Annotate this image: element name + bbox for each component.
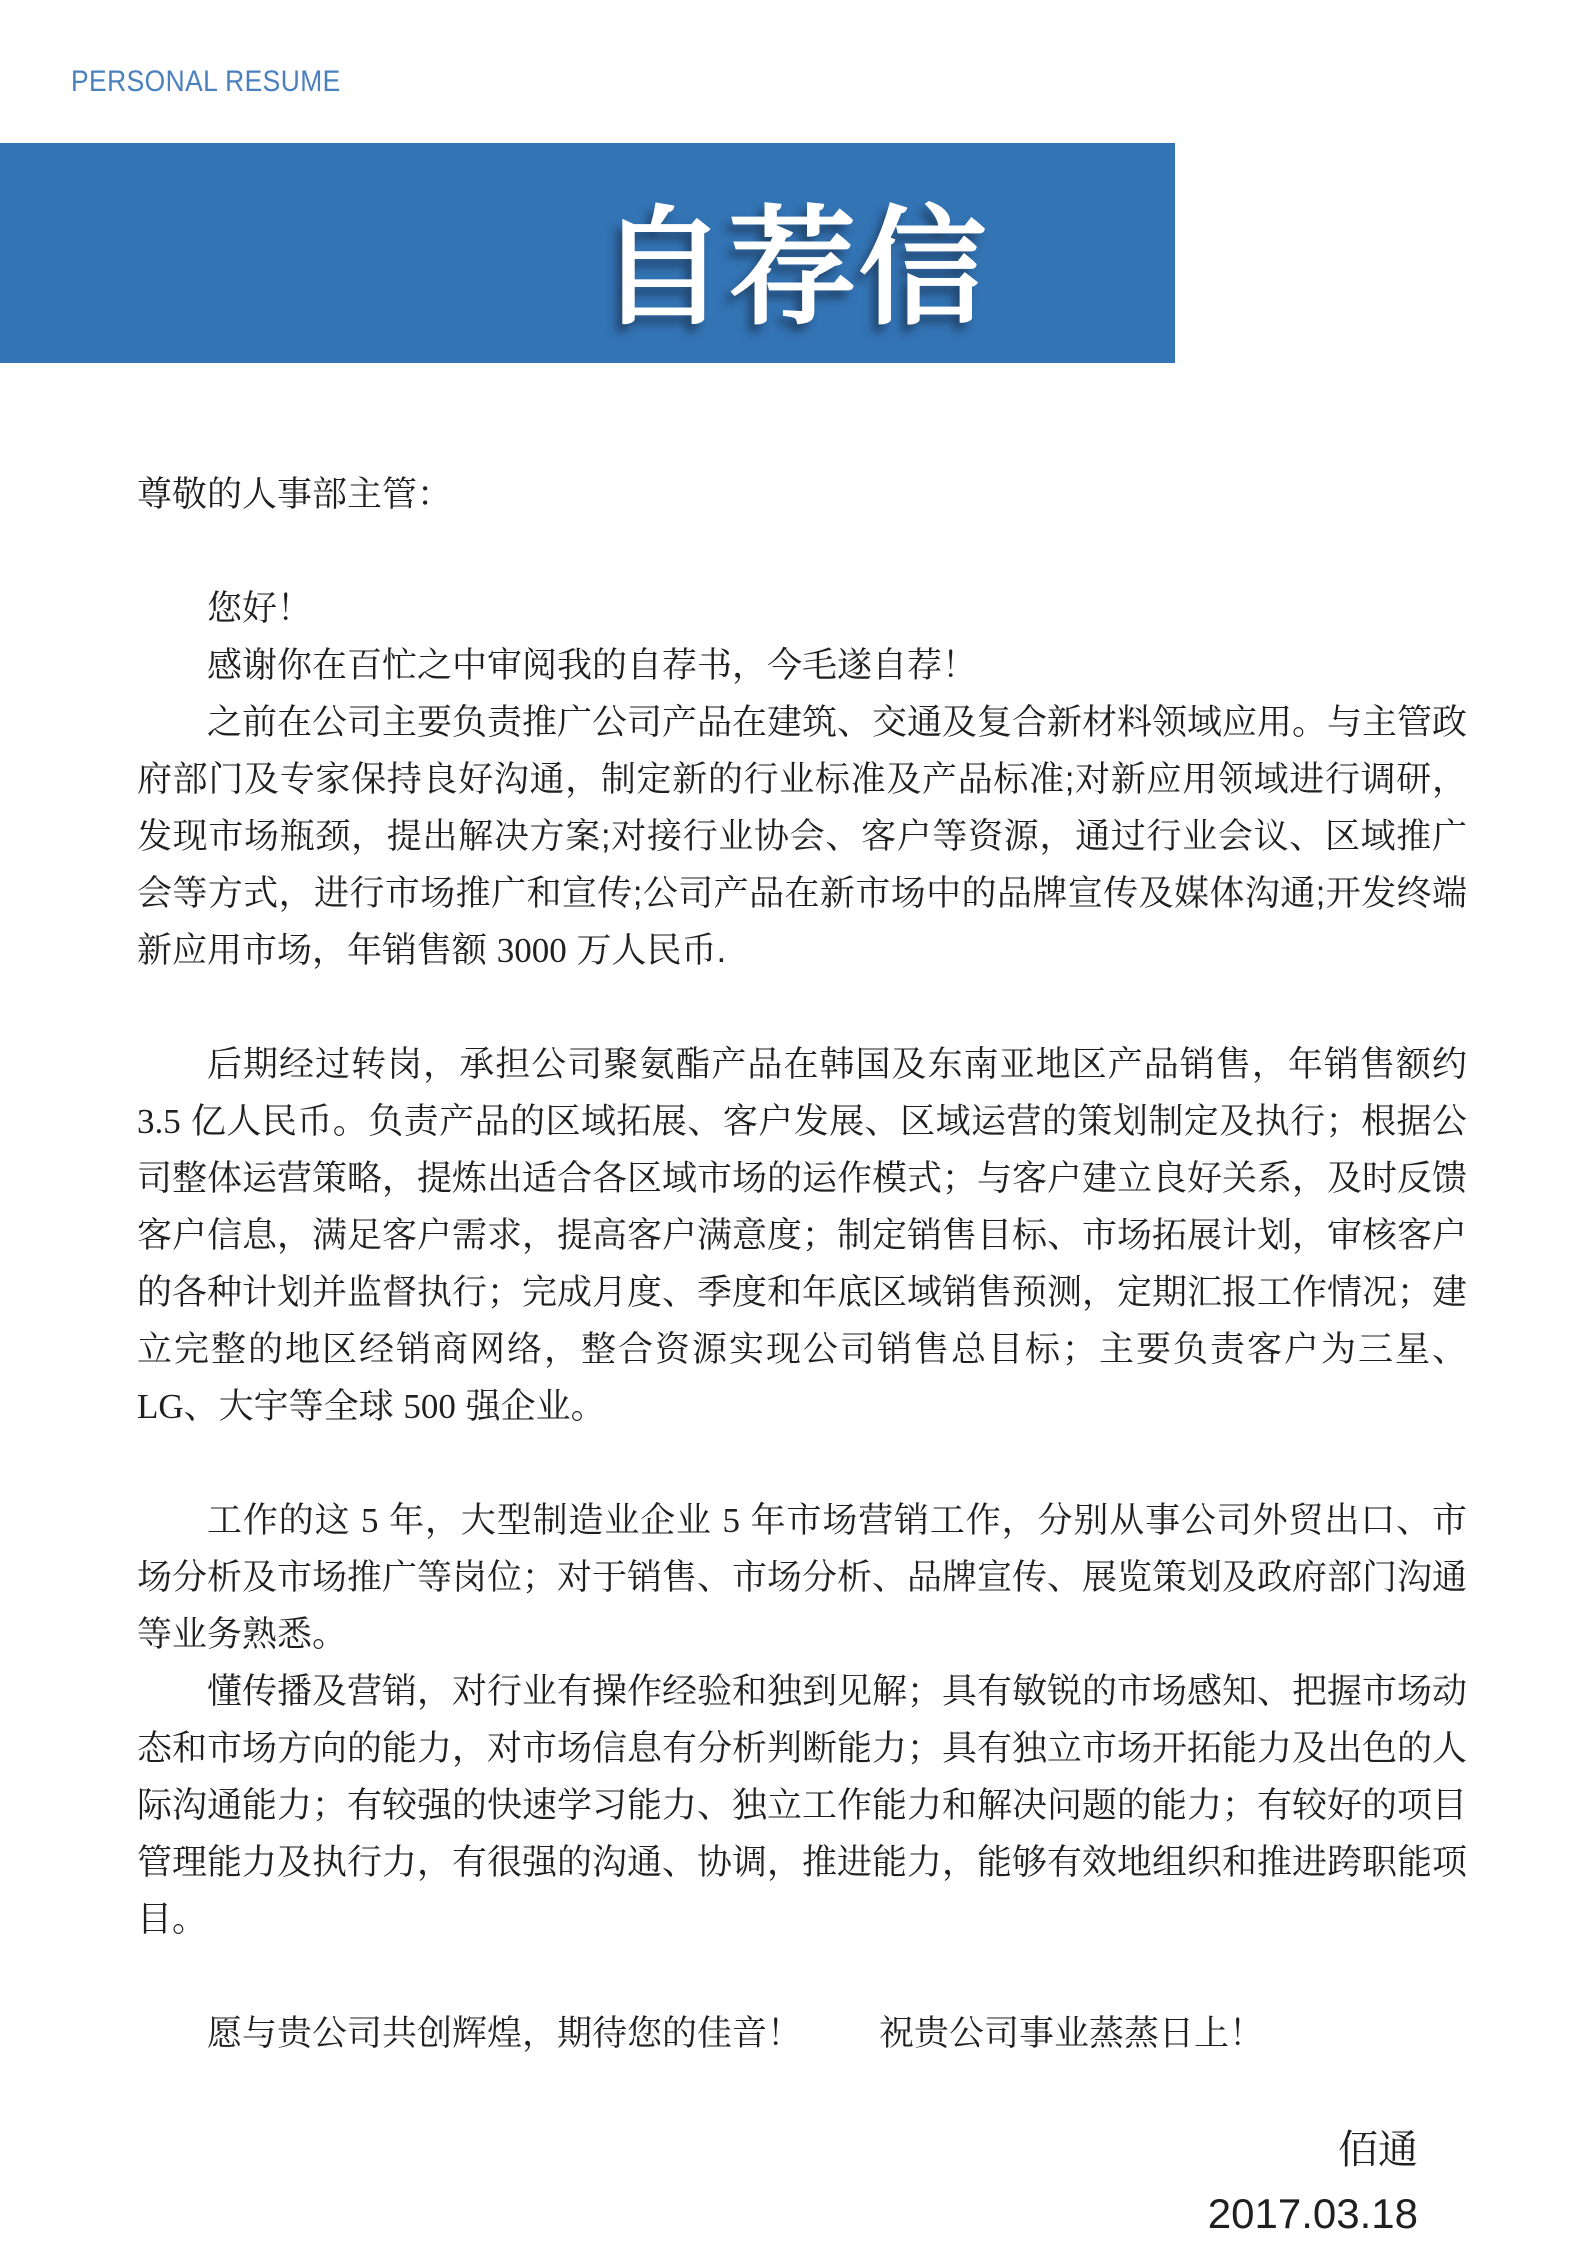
signature-name: 佰通 <box>137 2119 1418 2181</box>
salutation: 尊敬的人事部主管： <box>137 466 1467 523</box>
closing-wish-right: 祝贵公司事业蒸蒸日上！ <box>879 2014 1264 2053</box>
letter-paragraph: 之前在公司主要负责推广公司产品在建筑、交通及复合新材料领域应用。与主管政府部门及… <box>137 694 1467 979</box>
closing-wish-left: 愿与贵公司共创辉煌，期待您的佳音！ <box>207 2014 802 2053</box>
letter-body: 尊敬的人事部主管： 您好！感谢你在百忙之中审阅我的自荐书，今毛遂自荐！之前在公司… <box>137 466 1467 2245</box>
letter-paragraph: 工作的这 5 年，大型制造业企业 5 年市场营销工作，分别从事公司外贸出口、市场… <box>137 1492 1467 1663</box>
document-type-label: PERSONAL RESUME <box>71 66 341 98</box>
letter-paragraph: 感谢你在百忙之中审阅我的自荐书，今毛遂自荐！ <box>137 637 1467 694</box>
letter-paragraph: 您好！ <box>137 580 1467 637</box>
closing-line: 愿与贵公司共创辉煌，期待您的佳音！祝贵公司事业蒸蒸日上！ <box>137 2005 1467 2062</box>
letter-paragraph: 后期经过转岗，承担公司聚氨酯产品在韩国及东南亚地区产品销售，年销售额约 3.5 … <box>137 1036 1467 1435</box>
letter-paragraphs: 您好！感谢你在百忙之中审阅我的自荐书，今毛遂自荐！之前在公司主要负责推广公司产品… <box>137 580 1467 1948</box>
letter-paragraph: 懂传播及营销，对行业有操作经验和独到见解；具有敏锐的市场感知、把握市场动态和市场… <box>137 1663 1467 1948</box>
signature-date: 2017.03.18 <box>137 2181 1418 2245</box>
page-title: 自荐信 <box>0 143 1587 363</box>
signature-block: 佰通 2017.03.18 <box>137 2119 1467 2245</box>
resume-page: PERSONAL RESUME 自荐信 尊敬的人事部主管： 您好！感谢你在百忙之… <box>0 0 1587 2245</box>
